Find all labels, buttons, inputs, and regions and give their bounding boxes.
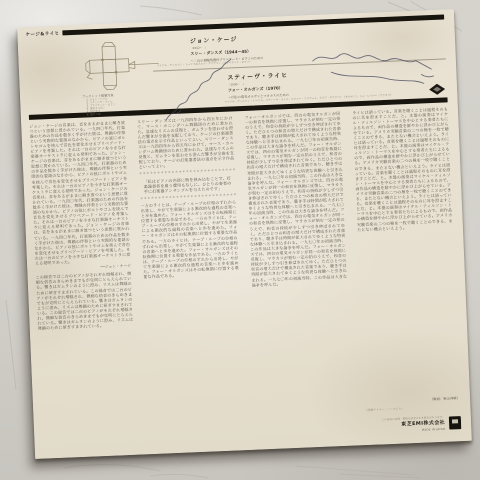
liner-notes-column-3: フォー・オルガンズでは、四台の電気オルガンが同一の和音を執拗に反復し、マラカスが…	[244, 110, 353, 439]
column-text: 一方のライヒは、テープ・ループの位相のずれから出発し、やがて生楽器による漸次的な…	[140, 199, 239, 279]
column-text: ジョン・ケージの音楽は、音をあるがままに解き放つという思想に貫かれている。一九四…	[29, 119, 130, 265]
liner-notes: ジョン・ケージの音楽は、音をあるがままに解き放つという思想に貫かれている。一九四…	[29, 106, 461, 449]
column-text: この録音では二台のピアノがそれぞれ増幅され、微細な倍音のきらめきまでもが克明にと…	[36, 271, 134, 331]
inline-quote: 「私はピアノの内部に物を挟み込むことで、打楽器奏者を雇う費用もなしに、ひとりの奏…	[143, 175, 231, 194]
notes-source: （原盤ライナー・ノーツより）	[365, 404, 461, 413]
booklet-photo-list: 1. ジョン・ケージ 2. スティーヴ・ライヒ 3. プリペアード・ピアノ 4.…	[86, 97, 116, 117]
reich-work-heading: スティーヴ・ライヒ （1936～ ） フォー・オルガンズ（1970） ～四台の電…	[227, 70, 289, 99]
cube-net-diagram	[72, 38, 160, 94]
publisher-footer: この商品の定価・規格は変更される場合があります。 東芝EMI株式会社 MADE …	[365, 414, 461, 435]
cage-work-heading: ジョン・ケージ （1912～ ） スリー・ダンスズ（1944～45） ～二台の増…	[190, 33, 264, 63]
record-sleeve-back-cover: ケージ&ライヒ	[17, 9, 472, 459]
emi-diamond-logo	[429, 83, 445, 95]
liner-notes-column-2: スリー・ダンスズは一九四四年から四五年にかけて、マース・カニングハム舞踊団のため…	[137, 115, 246, 444]
column-text: ライヒは語っている。音楽を聴くことは過程そのものに耳を澄ますことだ、と。本盤の演…	[352, 106, 460, 397]
toshiba-emi-logo	[449, 416, 462, 429]
booklet-item: 6. 組立て図	[87, 113, 116, 117]
column-text: スリー・ダンスズは一九四四年から四五年にかけて、マース・カニングハム舞踊団のため…	[137, 115, 235, 170]
liner-notes-column-1: ジョン・ケージの音楽は、音をあるがままに解き放つという思想に貫かれている。一九四…	[29, 119, 138, 448]
liner-notes-column-4: ライヒは語っている。音楽を聴くことは過程そのものに耳を澄ますことだ、と。本盤の演…	[352, 106, 461, 435]
column-text: フォー・オルガンズでは、四台の電気オルガンが同一の和音を執拗に反復し、マラカスが…	[244, 110, 347, 287]
